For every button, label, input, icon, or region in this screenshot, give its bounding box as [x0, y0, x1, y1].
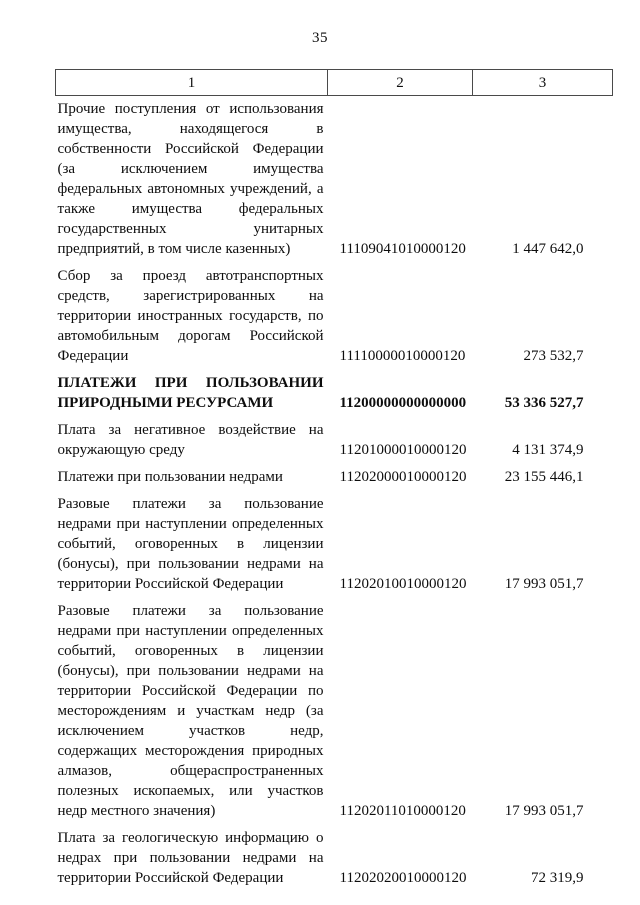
row-amount: 1 447 642,0	[473, 96, 613, 264]
table-row: Разовые платежи за пользование недрами п…	[56, 598, 613, 825]
row-name: Прочие поступления от использования имущ…	[56, 96, 328, 264]
row-name: Плата за геологическую информацию о недр…	[56, 825, 328, 892]
row-code: 11202000010000120	[328, 464, 473, 491]
table-row: Плата за негативное воздействие на окруж…	[56, 417, 613, 464]
table-header-row: 1 2 3	[56, 70, 613, 96]
row-code: 11200000000000000	[328, 370, 473, 417]
row-code: 11201000010000120	[328, 417, 473, 464]
table-section-row: ПЛАТЕЖИ ПРИ ПОЛЬЗОВАНИИ ПРИРОДНЫМИ РЕСУР…	[56, 370, 613, 417]
row-code: 11202010010000120	[328, 491, 473, 598]
row-amount: 273 532,7	[473, 263, 613, 370]
column-header-1: 1	[56, 70, 328, 96]
row-amount: 72 319,9	[473, 825, 613, 892]
row-name: ПЛАТЕЖИ ПРИ ПОЛЬЗОВАНИИ ПРИРОДНЫМИ РЕСУР…	[56, 370, 328, 417]
row-code: 11202011010000120	[328, 598, 473, 825]
column-header-2: 2	[328, 70, 473, 96]
row-amount: 17 993 051,7	[473, 598, 613, 825]
row-name: Разовые платежи за пользование недрами п…	[56, 598, 328, 825]
row-name: Платежи при пользовании недрами	[56, 464, 328, 491]
row-name: Разовые платежи за пользование недрами п…	[56, 491, 328, 598]
row-code: 11109041010000120	[328, 96, 473, 264]
page-number: 35	[0, 0, 640, 47]
row-amount: 17 993 051,7	[473, 491, 613, 598]
row-name: Сбор за проезд автотранспортных средств,…	[56, 263, 328, 370]
row-amount: 4 131 374,9	[473, 417, 613, 464]
row-name: Плата за негативное воздействие на окруж…	[56, 417, 328, 464]
row-code: 11110000010000120	[328, 263, 473, 370]
row-code: 11202020010000120	[328, 825, 473, 892]
column-header-3: 3	[473, 70, 613, 96]
table-row: Прочие поступления от использования имущ…	[56, 96, 613, 264]
row-amount: 23 155 446,1	[473, 464, 613, 491]
table-row: Разовые платежи за пользование недрами п…	[56, 491, 613, 598]
table-row: Плата за геологическую информацию о недр…	[56, 825, 613, 892]
document-page: 35 1 2 3 Прочие поступления от использов…	[0, 0, 640, 905]
budget-revenue-table: 1 2 3 Прочие поступления от использовани…	[55, 69, 613, 892]
table-row: Сбор за проезд автотранспортных средств,…	[56, 263, 613, 370]
table-row: Платежи при пользовании недрами 11202000…	[56, 464, 613, 491]
row-amount: 53 336 527,7	[473, 370, 613, 417]
